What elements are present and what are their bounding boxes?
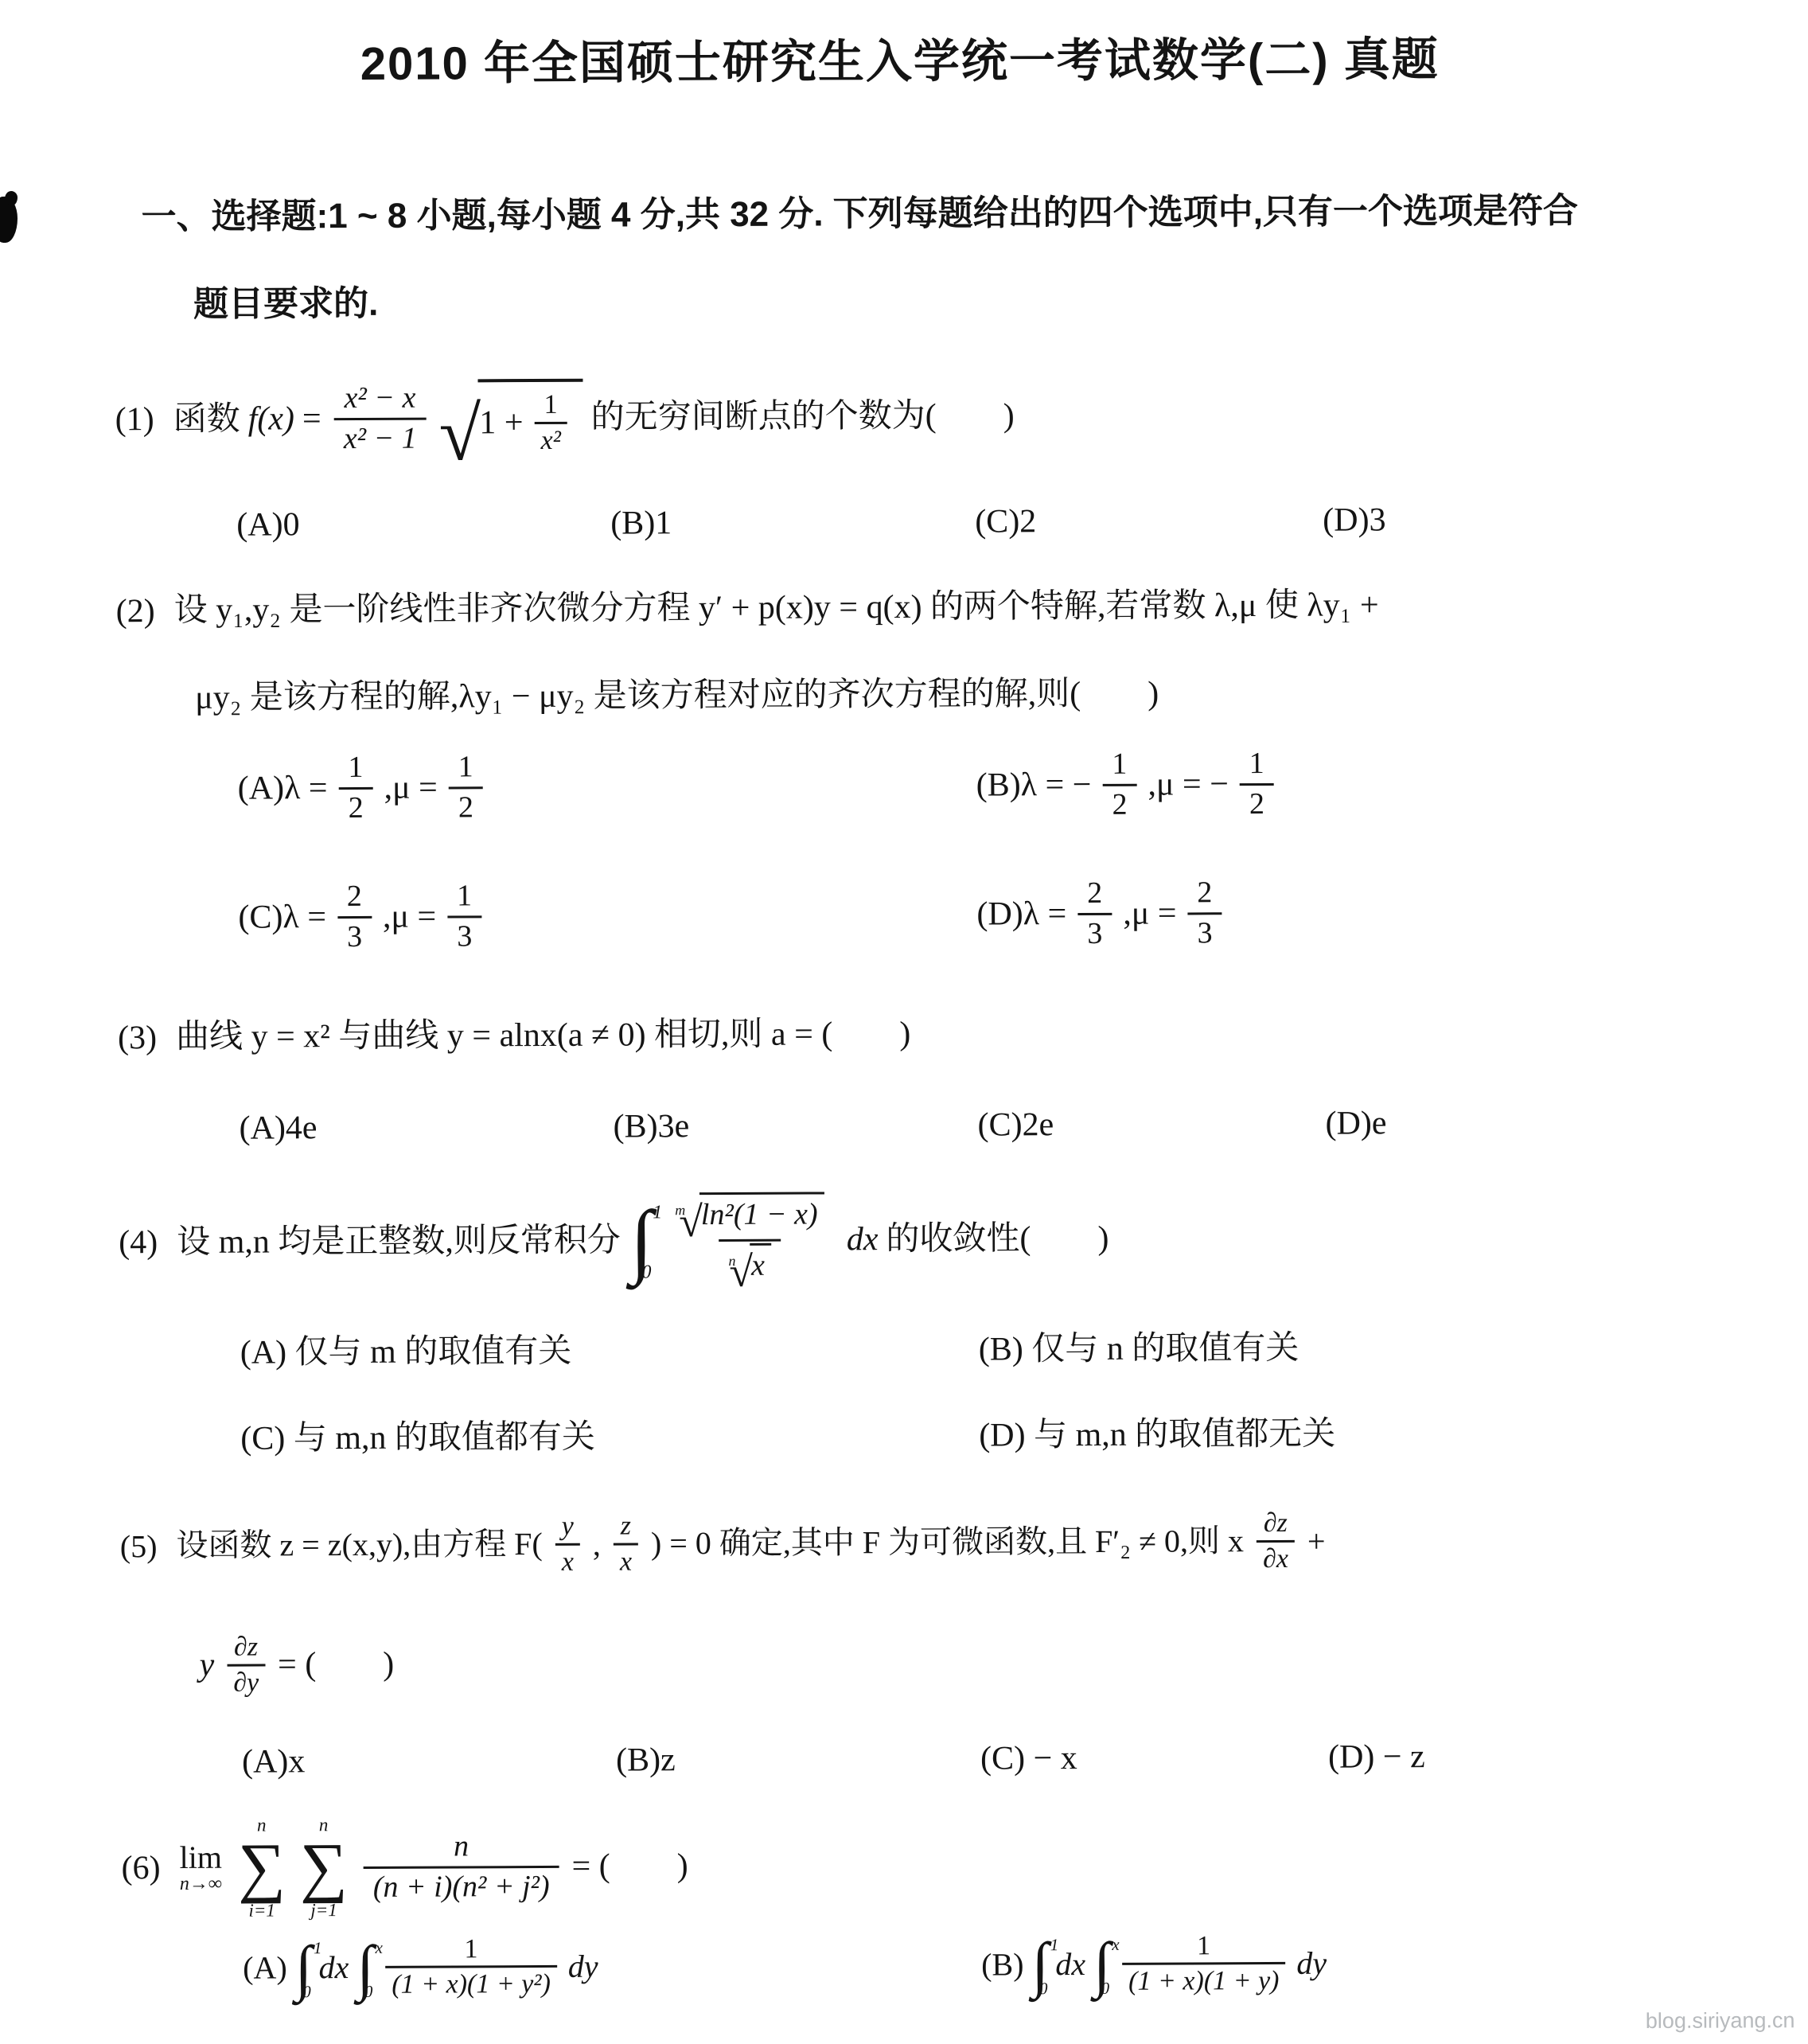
q1-option-c: (C)2 xyxy=(975,502,1036,540)
fraction: 13 xyxy=(447,877,481,956)
fraction: ∂z∂x xyxy=(1257,1507,1295,1574)
fraction: n (n + i)(n² + j²) xyxy=(364,1828,559,1906)
sqrt-symbol: √ xyxy=(439,407,481,462)
question-1-tail: 的无穷间断点的个数为( ) xyxy=(591,391,1015,443)
q3-options-row: (A)4e (B)3e (C)2e (D)e xyxy=(0,1102,1808,1110)
q2-options-row1: (A)λ = 12 ,μ = 12 (B)λ = − 12 ,μ = − 12 xyxy=(0,743,1807,870)
q5-option-c: (C) − x xyxy=(980,1739,1077,1778)
question-4-lead: 设 m,n 均是正整数,则反常积分 xyxy=(177,1215,621,1267)
q6-option-a: (A) ∫ 10 dx ∫ x0 1 (1 + x)(1 + y²) dy xyxy=(243,1933,598,2002)
q3-option-c: (C)2e xyxy=(977,1106,1054,1144)
sum-symbol: ∑ xyxy=(238,1835,286,1899)
q4-option-d: (D) 与 m,n 的取值都无关 xyxy=(979,1407,1335,1457)
section-heading-line1: 一、选择题:1 ~ 8 小题,每小题 4 分,共 32 分. 下列每题给出的四个… xyxy=(141,188,1578,240)
limit: lim n→∞ xyxy=(179,1841,222,1894)
q1-option-a: (A)0 xyxy=(236,505,300,544)
q5-option-b: (B)z xyxy=(616,1741,676,1779)
question-3-number: (3) xyxy=(118,1019,157,1057)
fraction: 12 xyxy=(1240,745,1274,824)
section-heading-line2: 题目要求的. xyxy=(193,281,378,327)
fraction: zx xyxy=(614,1510,638,1578)
question-4: (4) 设 m,n 均是正整数,则反常积分 ∫ 1 0 m √ ln²(1 − … xyxy=(119,1163,1109,1318)
question-3: (3) 曲线 y = x² 与曲线 y = alnx(a ≠ 0) 相切,则 a… xyxy=(118,1009,910,1063)
integral: ∫ x0 xyxy=(1093,1934,1109,1993)
radical: n √ x xyxy=(728,1242,771,1283)
question-6: (6) lim n→∞ n ∑ i=1 n ∑ j=1 n (n + i)(n²… xyxy=(121,1806,688,1928)
sqrt-symbol: √ xyxy=(729,1257,753,1288)
watermark: blog.siriyang.cn xyxy=(1646,2008,1795,2034)
fraction: ∂z∂y xyxy=(227,1631,265,1699)
question-2-line2: μy₂ 是该方程的解,λy₁ − μy₂ 是该方程对应的齐次方程的解,则( ) xyxy=(195,669,1159,724)
question-2: (2) 设 y₁,y₂ 是一阶线性非齐次微分方程 y′ + p(x)y = q(… xyxy=(116,580,1379,636)
fraction: 23 xyxy=(1187,874,1222,953)
q5-options-row: (A)x (B)z (C) − x (D) − z xyxy=(3,1736,1808,1744)
q2-options-row2: (C)λ = 23 ,μ = 13 (D)λ = 23 ,μ = 23 xyxy=(0,872,1808,999)
q4-options-row2: (C) 与 m,n 的取值都有关 (D) 与 m,n 的取值都无关 xyxy=(2,1405,1808,1413)
question-6-number: (6) xyxy=(122,1849,161,1887)
fraction: 23 xyxy=(337,878,372,957)
q1-option-d: (D)3 xyxy=(1323,501,1386,539)
page-title: 2010 年全国硕士研究生入学统一考试数学(二) 真题 xyxy=(0,20,1804,95)
question-3-text: 曲线 y = x² 与曲线 y = alnx(a ≠ 0) 相切,则 a = (… xyxy=(176,1009,911,1063)
q6-options-row: (A) ∫ 10 dx ∫ x0 1 (1 + x)(1 + y²) dy (B… xyxy=(4,1927,1808,2044)
sum-symbol: ∑ xyxy=(300,1835,348,1899)
q4-option-c: (C) 与 m,n 的取值都有关 xyxy=(240,1410,595,1460)
fraction: 1 x² xyxy=(534,388,567,456)
q4-options-row1: (A) 仅与 m 的取值有关 (B) 仅与 n 的取值有关 xyxy=(2,1319,1808,1327)
radical: √ 1 + 1 x² xyxy=(438,379,583,457)
q2-option-d: (D)λ = 23 ,μ = 23 xyxy=(976,874,1227,954)
integral: ∫ 10 xyxy=(1031,1935,1047,1994)
q2-option-b: (B)λ = − 12 ,μ = − 12 xyxy=(976,745,1279,825)
q1-option-b: (B)1 xyxy=(610,504,672,542)
integral: ∫ x0 xyxy=(357,1938,372,1997)
question-5-lead: 设函数 z = z(x,y),由方程 F( xyxy=(176,1520,543,1570)
q4-option-a: (A) 仅与 m 的取值有关 xyxy=(240,1324,572,1374)
q3-option-d: (D)e xyxy=(1325,1104,1386,1142)
q5-option-a: (A)x xyxy=(242,1742,306,1781)
q4-option-b: (B) 仅与 n 的取值有关 xyxy=(979,1321,1299,1371)
fraction: 12 xyxy=(1102,746,1136,825)
fraction: yx xyxy=(555,1510,580,1578)
question-1: (1) 函数 f(x) = x² − x x² − 1 √ 1 + 1 x² 的… xyxy=(115,356,1015,479)
question-5-number: (5) xyxy=(120,1527,158,1565)
fraction: 1 (1 + x)(1 + y) xyxy=(1122,1929,1286,1998)
question-5-line2: y ∂z∂y = ( ) xyxy=(199,1617,394,1713)
fraction: 12 xyxy=(449,748,483,827)
q5-option-d: (D) − z xyxy=(1328,1738,1425,1777)
q4-dx: dx xyxy=(847,1220,879,1258)
integral: ∫ 1 0 xyxy=(630,1202,652,1278)
question-4-number: (4) xyxy=(119,1223,158,1262)
question-6-eq: = ( ) xyxy=(571,1841,688,1892)
sum: n ∑ i=1 xyxy=(238,1814,286,1921)
scanned-exam-page: 2010 年全国硕士研究生入学统一考试数学(二) 真题 一、选择题:1 ~ 8 … xyxy=(0,0,1808,2044)
q3-option-b: (B)3e xyxy=(613,1107,689,1145)
fraction: 12 xyxy=(338,749,372,828)
equals-sign: = xyxy=(302,400,321,438)
question-2-number: (2) xyxy=(116,592,155,630)
question-4-tail: 的收敛性( ) xyxy=(886,1213,1109,1264)
plus-sign: + xyxy=(1307,1522,1326,1559)
fraction: m √ ln²(1 − x) n √ x xyxy=(665,1190,834,1289)
fraction: 23 xyxy=(1077,875,1112,954)
question-5-mid: ) = 0 确定,其中 F 为可微函数,且 F′₂ ≠ 0,则 x xyxy=(651,1517,1244,1567)
fraction: x² − x x² − 1 xyxy=(333,379,426,458)
question-1-number: (1) xyxy=(115,400,154,439)
integral: ∫ 10 xyxy=(295,1938,311,1997)
q2-option-c: (C)λ = 23 ,μ = 13 xyxy=(238,877,486,957)
fraction: 1 (1 + x)(1 + y²) xyxy=(385,1933,557,2001)
q1-options-row: (A)0 (B)1 (C)2 (D)3 xyxy=(0,499,1806,507)
q6-option-b: (B) ∫ 10 dx ∫ x0 1 (1 + x)(1 + y) dy xyxy=(981,1929,1327,1999)
question-1-lead: 函数 xyxy=(173,394,240,444)
sqrt-symbol: √ xyxy=(679,1207,703,1238)
sum: n ∑ j=1 xyxy=(300,1814,348,1921)
question-5: (5) 设函数 z = z(x,y),由方程 F( yx , zx ) = 0 … xyxy=(120,1485,1326,1602)
q3-option-a: (A)4e xyxy=(239,1109,317,1147)
question-2-line1: 设 y₁,y₂ 是一阶线性非齐次微分方程 y′ + p(x)y = q(x) 的… xyxy=(174,580,1379,636)
radical: m √ ln²(1 − x) xyxy=(675,1192,824,1233)
q2-option-a: (A)λ = 12 ,μ = 12 xyxy=(237,748,488,828)
question-1-fx: f(x) xyxy=(248,400,295,438)
